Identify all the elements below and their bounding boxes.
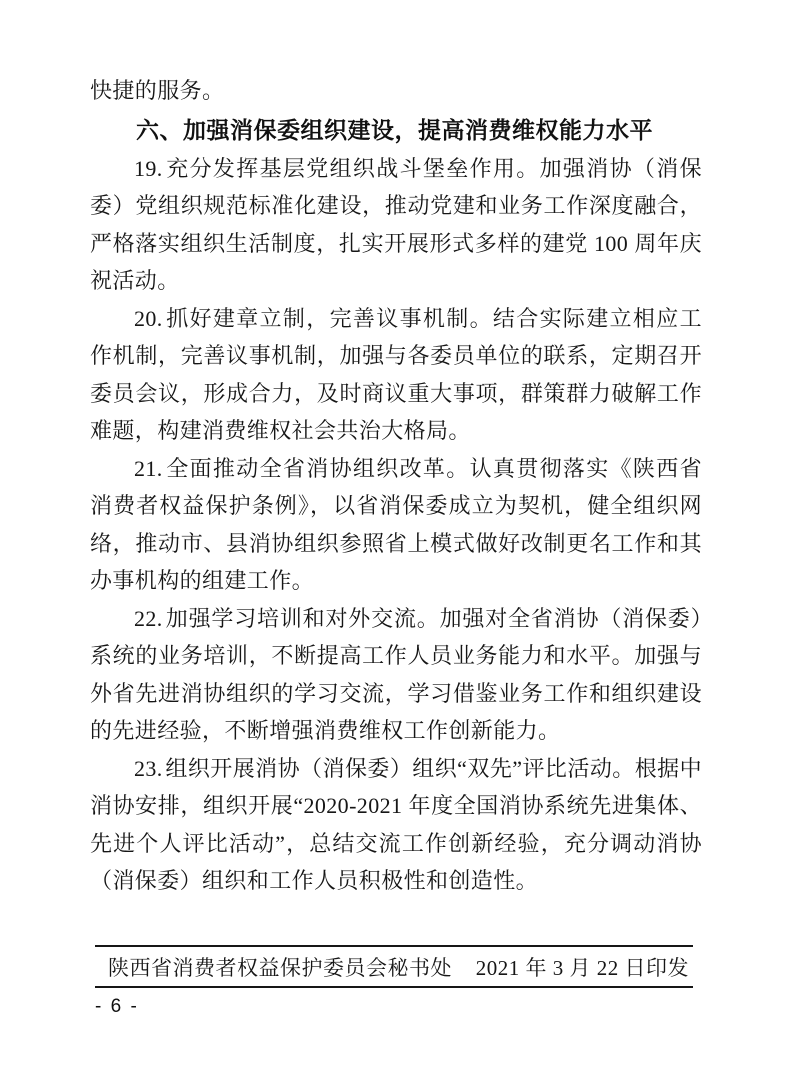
paragraph-21-number: 21. <box>134 456 163 481</box>
paragraph-22: 22.加强学习培训和对外交流。加强对全省消协（消保委）系统的业务培训，不断提高工… <box>90 600 702 750</box>
document-footer: 陕西省消费者权益保护委员会秘书处 2021 年 3 月 22 日印发 <box>95 945 693 988</box>
paragraph-20-text: 抓好建章立制，完善议事机制。结合实际建立相应工作机制，完善议事机制，加强与各委员… <box>90 306 702 444</box>
document-page: 快捷的服务。 六、加强消保委组织建设，提高消费维权能力水平 19.充分发挥基层党… <box>0 0 792 1075</box>
paragraph-19-text: 充分发挥基层党组织战斗堡垒作用。加强消协（消保委）党组织规范标准化建设，推动党建… <box>90 156 702 294</box>
paragraph-21-text: 全面推动全省消协组织改革。认真贯彻落实《陕西省消费者权益保护条例》，以省消保委成… <box>90 456 702 594</box>
paragraph-23-text: 组织开展消协（消保委）组织“双先”评比活动。根据中消协安排，组织开展“2020-… <box>90 756 702 894</box>
paragraph-22-text: 加强学习培训和对外交流。加强对全省消协（消保委）系统的业务培训，不断提高工作人员… <box>90 606 702 744</box>
footer-print-date: 2021 年 3 月 22 日印发 <box>476 952 689 982</box>
footer-issuer: 陕西省消费者权益保护委员会秘书处 <box>108 952 452 982</box>
continuation-line: 快捷的服务。 <box>90 72 702 110</box>
paragraph-23: 23.组织开展消协（消保委）组织“双先”评比活动。根据中消协安排，组织开展“20… <box>90 750 702 900</box>
document-body: 快捷的服务。 六、加强消保委组织建设，提高消费维权能力水平 19.充分发挥基层党… <box>90 72 702 900</box>
paragraph-20: 20.抓好建章立制，完善议事机制。结合实际建立相应工作机制，完善议事机制，加强与… <box>90 300 702 450</box>
section-heading: 六、加强消保委组织建设，提高消费维权能力水平 <box>90 110 702 150</box>
paragraph-20-number: 20. <box>134 306 163 331</box>
paragraph-23-number: 23. <box>134 756 163 781</box>
paragraph-21: 21.全面推动全省消协组织改革。认真贯彻落实《陕西省消费者权益保护条例》，以省消… <box>90 450 702 600</box>
page-number: - 6 - <box>95 996 139 1018</box>
paragraph-19-number: 19. <box>134 156 163 181</box>
paragraph-19: 19.充分发挥基层党组织战斗堡垒作用。加强消协（消保委）党组织规范标准化建设，推… <box>90 150 702 300</box>
paragraph-22-number: 22. <box>134 606 163 631</box>
